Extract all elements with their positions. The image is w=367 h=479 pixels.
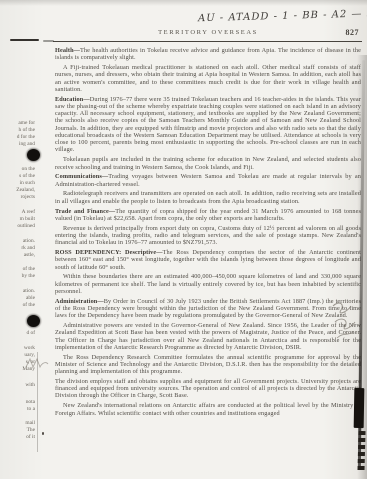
facing-page-text-fragment: Zealand, [16,187,35,193]
scan-edge-marks [357,431,365,471]
facing-page-text-fragment: of the [23,266,35,272]
paragraph: Within these boundaries there are an est… [55,273,361,295]
paragraph: Tokelauan pupils are included in the tra… [55,156,361,171]
facing-page-edge-text: ame forh of thed for theing anderon thes… [0,0,37,479]
facing-page-text-fragment: able [26,295,35,301]
facing-page-text-fragment: s of the [19,173,35,179]
facing-page-text-fragment: by the [22,273,35,279]
facing-page-text-fragment: rojects [21,194,35,200]
paragraph: Health—The health authorities in Tokelau… [55,47,361,62]
hole-punch-mark [27,149,40,161]
facing-page-text-fragment: ation. [23,238,35,244]
paragraph-lead: ROSS DEPENDENCY: Descriptive— [55,249,163,256]
paragraph: Revenue is derived principally from expo… [55,225,361,247]
handwritten-archive-reference: AU - ATADD - 1 - BB - A2 — 52 [198,9,358,24]
pencil-scribble-icon [329,292,359,344]
page-header: TERRITORY OVERSEAS 827 [55,29,361,41]
paragraph-lead: Health— [55,47,80,54]
paragraph: Administration—By Order in Council of 30… [55,298,361,320]
facing-page-text-fragment: mail [25,420,35,426]
facing-page-text-fragment: d of [26,330,35,336]
facing-page-text-fragment: with [25,382,35,388]
facing-page-text-fragment: astle, [24,252,35,258]
paragraph-lead: Education— [55,96,90,103]
page-body-text: Health—The health authorities in Tokelau… [55,47,361,449]
facing-page-text-fragment: ation. [23,288,35,294]
hole-punch-mark [27,315,40,327]
page-number: 827 [346,28,360,37]
scan-dash-mark-2 [43,40,54,42]
header-rule [53,41,362,42]
facing-page-text-fragment: h of the [19,127,35,133]
paragraph-lead: Communications— [55,173,108,180]
paragraph: A Fiji-trained Tokelauan medical practit… [55,64,361,93]
facing-page-text-fragment: The [27,427,35,433]
facing-page-text-fragment: d for the [17,134,35,140]
scan-speck [42,432,44,435]
facing-page-text-fragment: to a [27,406,35,412]
paragraph-lead: Trade and Finance— [55,208,115,215]
facing-page-text-fragment: on the [22,166,35,172]
paragraph: ROSS DEPENDENCY: Descriptive—The Ross De… [55,249,361,271]
facing-page-text-fragment: of it [26,434,35,440]
facing-page-text-fragment: outlined [17,223,35,229]
paragraph: Trade and Finance—The quantity of copra … [55,208,361,223]
paragraph: New Zealand's international relations on… [55,402,361,417]
facing-page-text-fragment: rk and [21,245,35,251]
paragraph: The division employs staff and obtains s… [55,378,361,400]
running-head: TERRITORY OVERSEAS [55,29,361,36]
facing-page-text-fragment: in such [20,180,35,186]
facing-page-text-fragment: of the [23,302,35,308]
facing-page-text-fragment: work [24,345,35,351]
paragraph: Radiotelegraph receivers and transmitter… [55,190,361,205]
paragraph-lead: Administration— [55,298,104,305]
paragraph: Administrative powers are vested in the … [55,322,361,351]
paragraph: Education—During 1976–77 there were 35 t… [55,96,361,154]
facing-page-text-fragment: ame for [18,120,35,126]
facing-page-text-fragment: m built [20,216,35,222]
pencil-scribble-icon [24,355,50,371]
scanned-document-page: AU - ATADD - 1 - BB - A2 — 52 TERRITORY … [0,0,367,479]
facing-page-text-fragment: A reef [22,209,35,215]
paragraph: Communications—Trading voyages between W… [55,173,361,188]
facing-page-text-fragment: nota [26,399,35,405]
scan-edge-black-block [354,388,365,428]
facing-page-text-fragment: ing and [19,141,35,147]
paragraph: The Ross Dependency Research Committee f… [55,354,361,376]
